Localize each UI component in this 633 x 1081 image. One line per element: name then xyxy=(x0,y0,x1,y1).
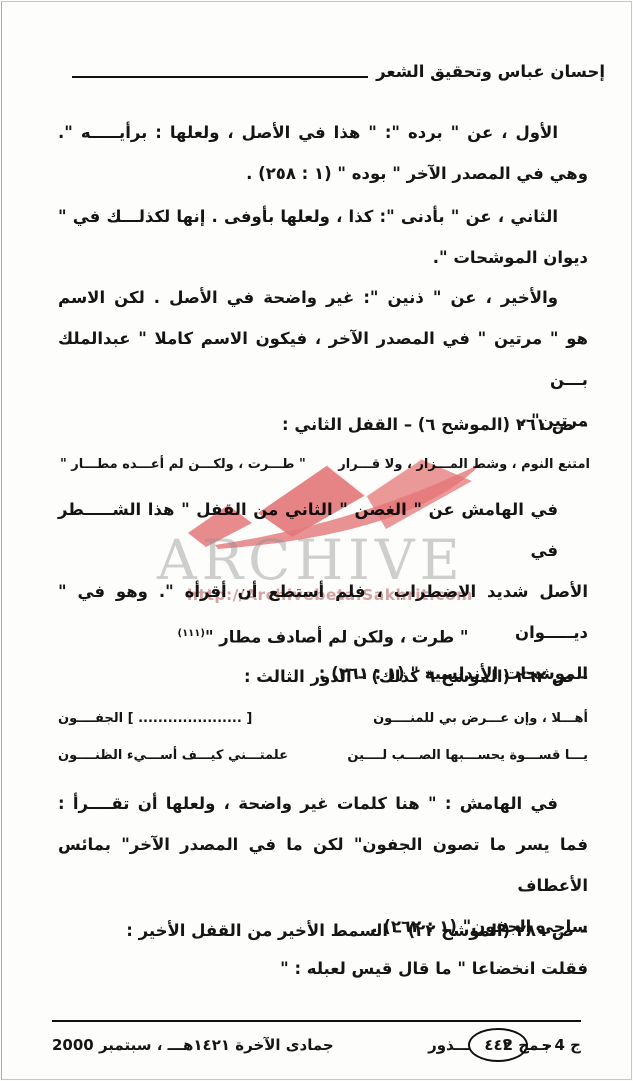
text-line: الثاني ، عن " بأدنى ": كذا ، ولعلها بأوف… xyxy=(58,196,588,237)
quoted-verse: " طرت ، ولكن لم أصادف مطار "(١١١) xyxy=(58,613,588,658)
verse-hemistich-left: علمتـــني كيـــف أســـيء الظنــــون xyxy=(58,737,288,774)
running-title: إحسان عباس وتحقيق الشعر xyxy=(376,62,605,81)
footer-rule-line xyxy=(52,1020,581,1022)
text-line: هو " مرتين " في المصدر الآخر ، فيكون الا… xyxy=(58,318,588,400)
paragraph-1: الأول ، عن " برده ": " هذا في الأصل ، ول… xyxy=(58,112,588,194)
verse-word: الجفــــون xyxy=(58,711,123,726)
text-line: والأخير ، عن " ذنين ": غير واضحة في الأص… xyxy=(58,277,588,318)
journal-name-prefix: جـــ xyxy=(526,1036,552,1054)
scanned-document-page: { "header": { "title": "إحسان عباس وتحقي… xyxy=(0,0,633,1081)
section-heading-p262: – ص ٢٦٢ (الموشح ٦ كذلك) – الدور الثالث : xyxy=(58,656,633,697)
section-heading-p261: – ص ٢٦١ (الموشح ٦) – القفل الثاني : xyxy=(58,404,633,445)
verse-hemistich-left: [ ..................... ] الجفــــون xyxy=(58,700,252,737)
verse-hemistich-right: امتنع النوم ، وشط المـــزار ، ولا قـــرا… xyxy=(338,446,590,483)
issue-date: جمادى الآخرة ١٤٢١هـــ ، سبتمبر 2000 xyxy=(52,1036,334,1054)
header-rule-line xyxy=(72,76,368,78)
page-footer: ج 4 ، مج 2 جـــ٤٤٢ـــذور جمادى الآخرة ١٤… xyxy=(52,1026,581,1064)
section-heading-p289: – ص ٢٨٩ (الموشح ٢٢) – السمط الأخير من ال… xyxy=(58,910,626,951)
verse-hemistich-left: " طـــرت ، ولكـــن لم أعـــده مطـــار " xyxy=(60,446,306,483)
text-line: في الهامش : " هنا كلمات غير واضحة ، ولعل… xyxy=(58,783,588,824)
verse-block-2: أهـــلا ، وإن عـــرض بي للمنــــون [ ...… xyxy=(58,700,588,774)
verse-hemistich-right: أهـــلا ، وإن عـــرض بي للمنــــون xyxy=(373,700,588,737)
text-line: الأول ، عن " برده ": " هذا في الأصل ، ول… xyxy=(58,112,588,153)
footnote-marker: (١١١) xyxy=(178,628,205,639)
text-line: فما يسر ما تصون الجفون" لكن ما في المصدر… xyxy=(58,824,588,906)
journal-name-suffix: ـــذور xyxy=(428,1036,470,1054)
verse-hemistich-right: يـــا قســـوة يحســـبها الصـــب لــــين xyxy=(347,737,588,774)
page-number-oval: ٤٤٢ xyxy=(468,1028,528,1062)
paragraph-2: الثاني ، عن " بأدنى ": كذا ، ولعلها بأوف… xyxy=(58,196,588,278)
verse-line-3: يـــا قســـوة يحســـبها الصـــب لــــين … xyxy=(58,737,588,774)
verse-line-2: أهـــلا ، وإن عـــرض بي للمنــــون [ ...… xyxy=(58,700,588,737)
verse-line-1: امتنع النوم ، وشط المـــزار ، ولا قـــرا… xyxy=(58,446,590,483)
page-header: إحسان عباس وتحقيق الشعر xyxy=(72,62,605,81)
text-line: في الهامش عن " الغصن " الثاني من القفل "… xyxy=(58,489,588,571)
journal-name-with-page-number: جـــ٤٤٢ـــذور xyxy=(428,1028,552,1062)
closing-line: فقلت انخضاعا " ما قال قيس لعبله : " xyxy=(58,948,633,989)
lacuna-brackets: [ ..................... ] xyxy=(128,711,253,726)
text-line: ديوان الموشحات ". xyxy=(58,237,588,278)
text-line: وهي في المصدر الآخر " بوده " (١ : ٢٥٨) . xyxy=(58,153,588,194)
quoted-verse-text: " طرت ، ولكن لم أصادف مطار " xyxy=(205,628,469,647)
